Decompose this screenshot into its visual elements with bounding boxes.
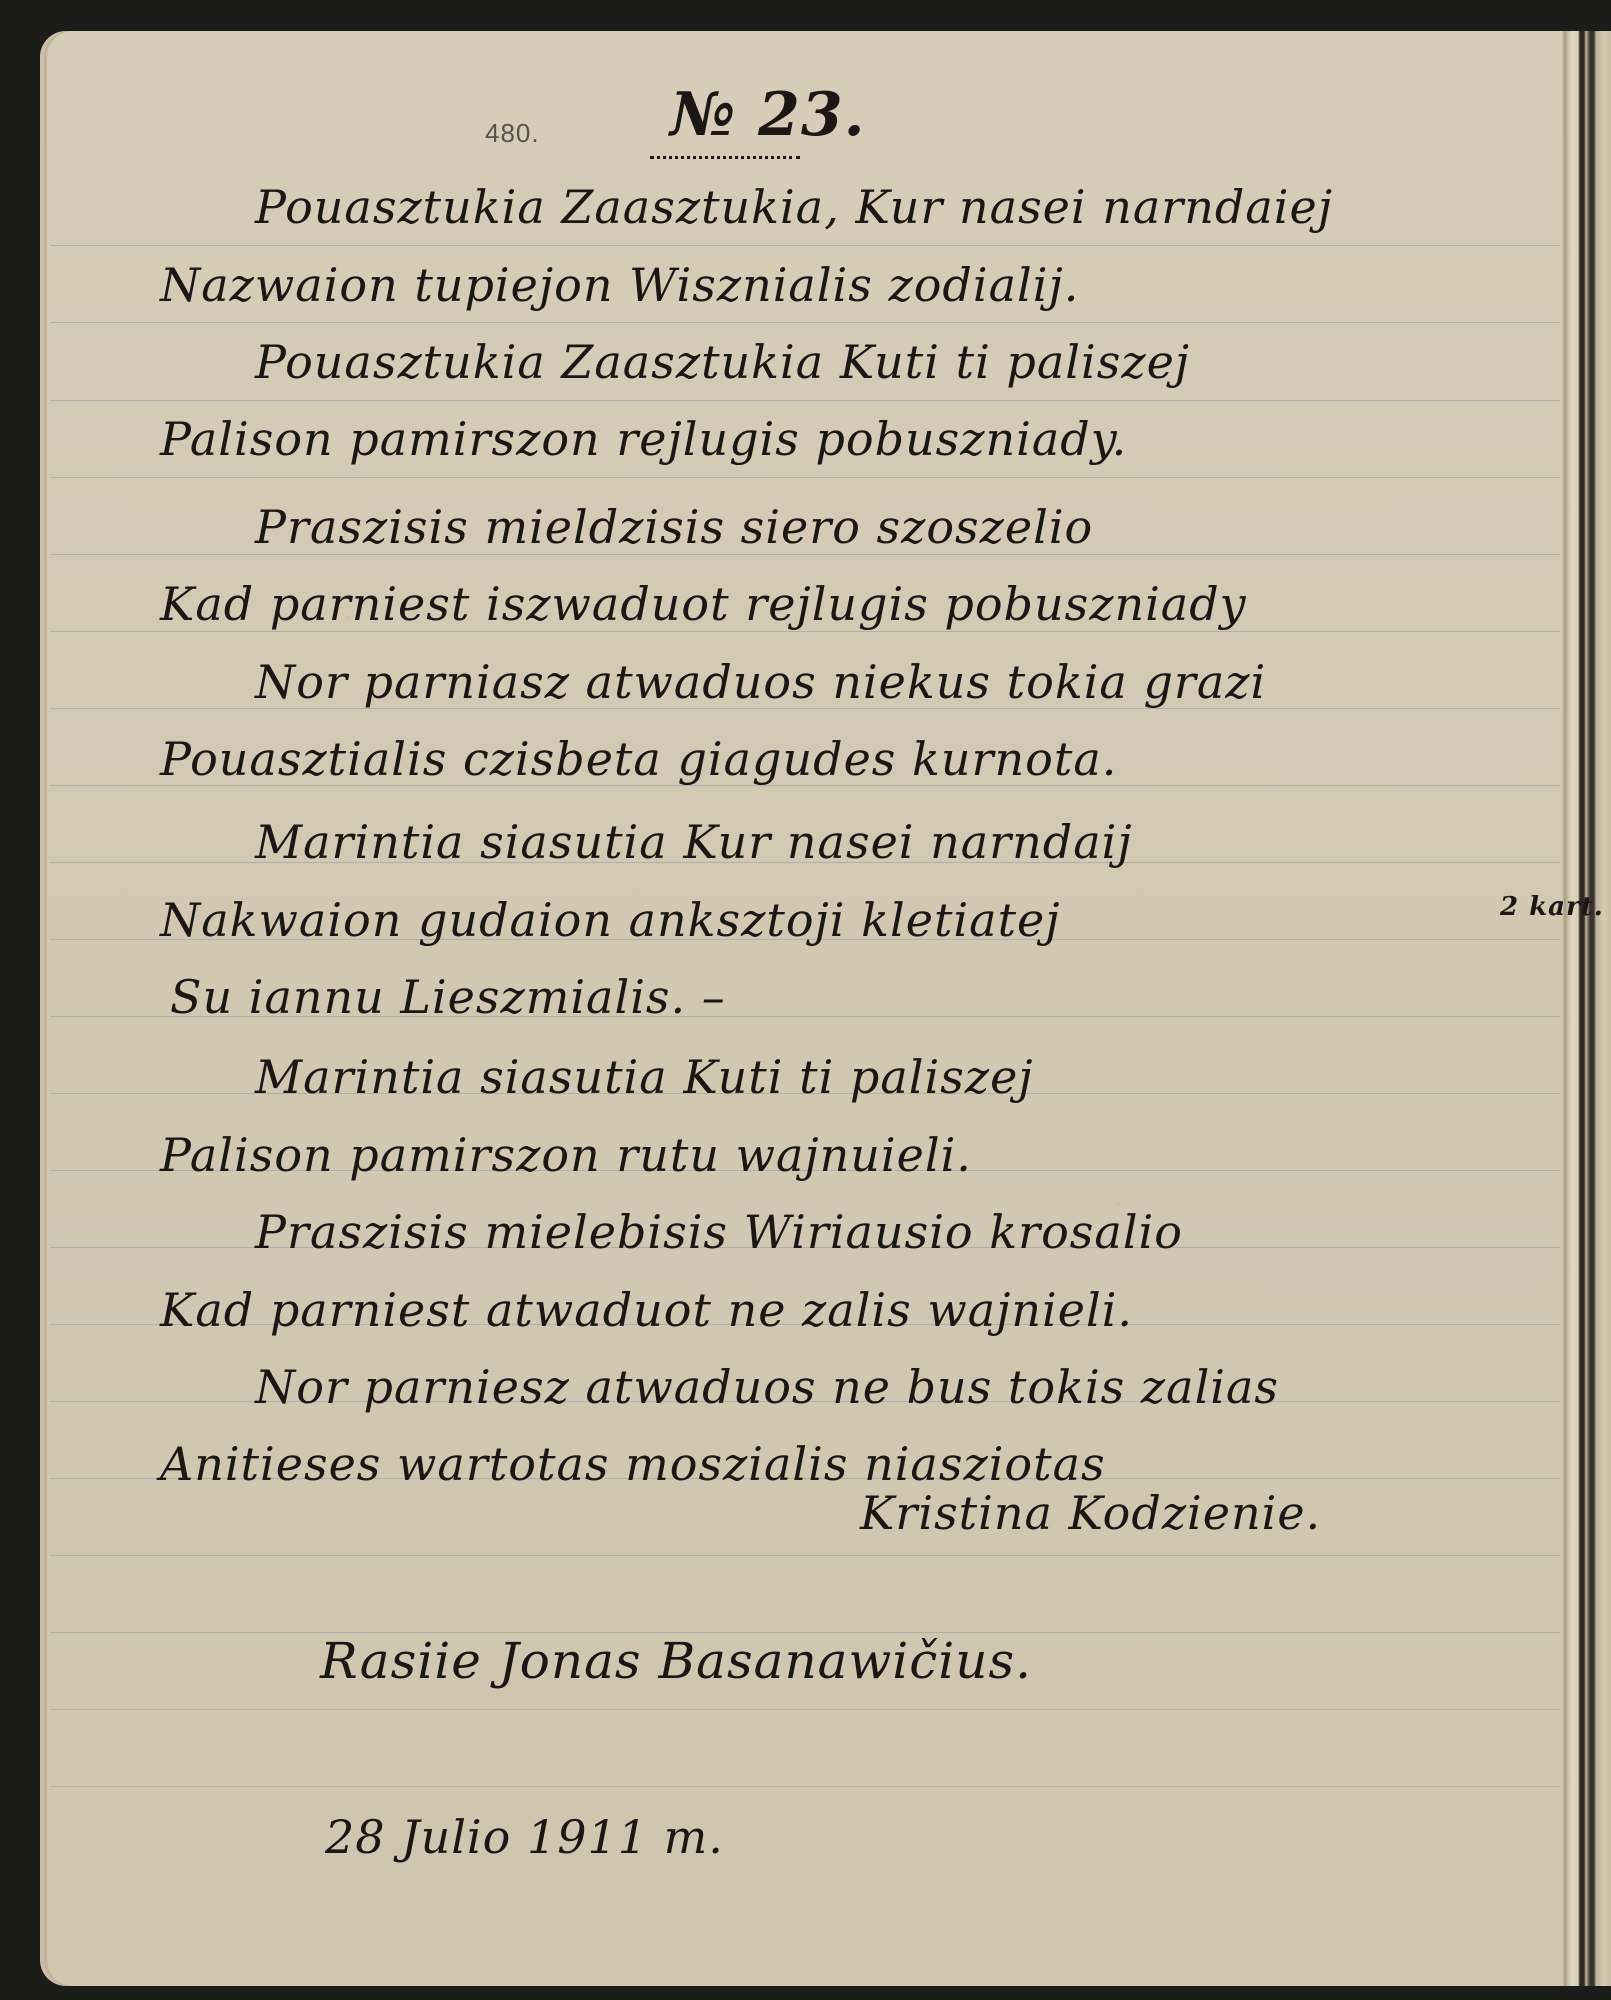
poem-line: Palison pamirszon rejlugis pobuszniady. [160, 412, 1127, 466]
ruled-line [50, 245, 1560, 246]
poem-line: Pouasztukia Zaasztukia, Kur nasei narnda… [255, 180, 1333, 234]
poem-line: Kad parniest iszwaduot rejlugis pobuszni… [160, 577, 1247, 631]
poem-line: Marintia siasutia Kuti ti paliszej [255, 1050, 1034, 1104]
pencil-page-number: 480. [485, 118, 540, 149]
poem-line: Nakwaion gudaion anksztoji kletiatej [160, 893, 1061, 947]
poem-line: Anitieses wartotas moszialis niasziotas [160, 1437, 1106, 1491]
poem-line: Praszisis mielebisis Wiriausio krosalio [255, 1205, 1183, 1259]
poem-line: Su iannu Lieszmialis. – [170, 970, 726, 1024]
ruled-line [50, 322, 1560, 323]
poem-line: Nor parniasz atwaduos niekus tokia grazi [255, 655, 1266, 709]
poem-line: Marintia siasutia Kur nasei narndaij [255, 815, 1133, 869]
ruled-line [50, 477, 1560, 478]
ruled-line [50, 631, 1560, 632]
song-number-title: № 23. [670, 80, 866, 150]
poem-line: Nazwaion tupiejon Wisznialis zodialij. [160, 258, 1079, 312]
poem-line: Pouasztukia Zaasztukia Kuti ti paliszej [255, 335, 1190, 389]
recorder-signature: Rasiie Jonas Basanawičius. [320, 1632, 1032, 1690]
poem-line: Nor parniesz atwaduos ne bus tokis zalia… [255, 1360, 1279, 1414]
ruled-line [50, 1555, 1560, 1556]
poem-line: Palison pamirszon rutu wajnuieli. [160, 1128, 972, 1182]
ruled-line [50, 1709, 1560, 1710]
poem-line: Praszisis mieldzisis siero szoszelio [255, 500, 1093, 554]
poem-line: Kad parniest atwaduot ne zalis wajnieli. [160, 1283, 1133, 1337]
performer-signature: Kristina Kodzienie. [860, 1486, 1321, 1540]
date-line: 28 Julio 1911 m. [325, 1810, 724, 1864]
margin-note-repeat: 2 kart. [1500, 892, 1604, 922]
ruled-line [50, 400, 1560, 401]
book-binding-edge [1562, 31, 1611, 1986]
title-wavy-underline [650, 150, 800, 159]
ruled-line [50, 1786, 1560, 1787]
scanned-document: 480. № 23. Pouasztukia Zaasztukia, Kur n… [0, 0, 1611, 2000]
poem-line: Pouasztialis czisbeta giagudes kurnota. [160, 732, 1117, 786]
ruled-line [50, 554, 1560, 555]
